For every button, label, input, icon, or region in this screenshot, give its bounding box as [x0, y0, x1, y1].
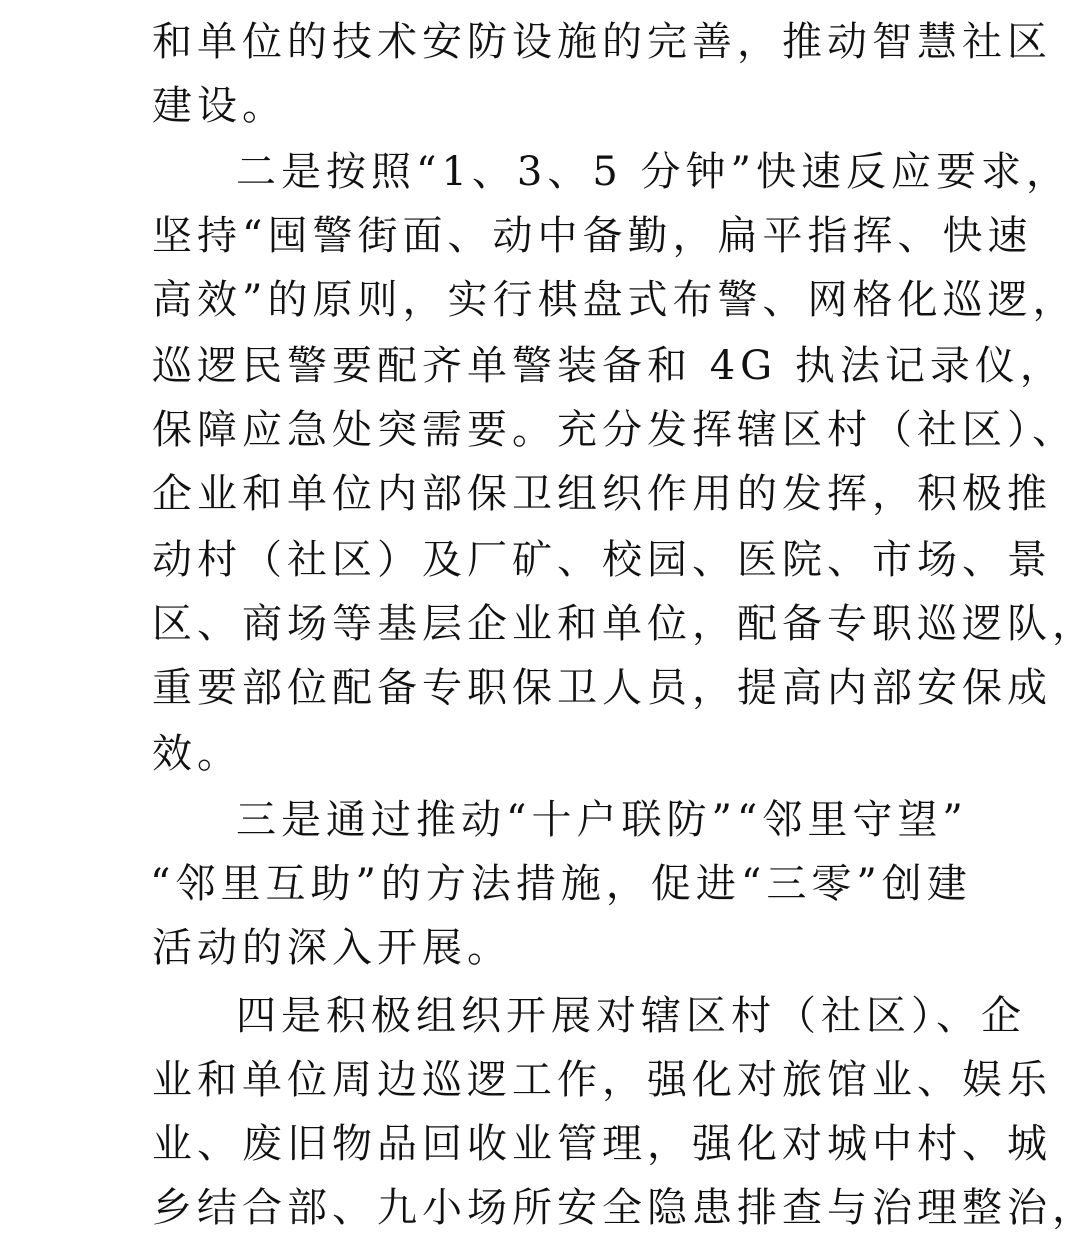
text-line: 坚持“囤警街面、动中备勤，扁平指挥、快速 [152, 204, 1032, 268]
text-line: 高效”的原则，实行棋盘式布警、网格化巡逻， [152, 268, 1077, 332]
text-line: 建设。 [152, 74, 287, 138]
text-line: 业和单位周边巡逻工作，强化对旅馆业、娱乐 [152, 1048, 1052, 1112]
paragraph-start-line: 二是按照“1、3、5 分钟”快速反应要求， [236, 140, 1071, 204]
text-line: 区、商场等基层企业和单位，配备专职巡逻队， [152, 592, 1080, 656]
text-line: “邻里互助”的方法措施，促进“三零”创建 [150, 852, 972, 916]
paragraph-start-line: 四是积极组织开展对辖区村（社区）、企 [236, 984, 1026, 1048]
text-line: 和单位的技术安防设施的完善，推动智慧社区 [152, 10, 1052, 74]
paragraph-start-line: 三是通过推动“十户联防”“邻里守望” [236, 788, 968, 852]
text-line: 乡结合部、九小场所安全隐患排查与治理整治， [152, 1176, 1080, 1240]
text-line: 保障应急处突需要。充分发挥辖区村（社区）、 [152, 398, 1077, 462]
text-line: 巡逻民警要配齐单警装备和 4G 执法记录仪， [152, 334, 1065, 398]
text-line: 业、废旧物品回收业管理，强化对城中村、城 [152, 1112, 1052, 1176]
text-line: 动村（社区）及厂矿、校园、医院、市场、景 [152, 528, 1052, 592]
text-line: 重要部位配备专职保卫人员，提高内部安保成 [152, 656, 1052, 720]
text-line: 效。 [152, 722, 242, 786]
text-line: 企业和单位内部保卫组织作用的发挥，积极推 [152, 462, 1052, 526]
document-page: 和单位的技术安防设施的完善，推动智慧社区 建设。 二是按照“1、3、5 分钟”快… [0, 0, 1080, 1242]
text-line: 活动的深入开展。 [152, 916, 512, 980]
